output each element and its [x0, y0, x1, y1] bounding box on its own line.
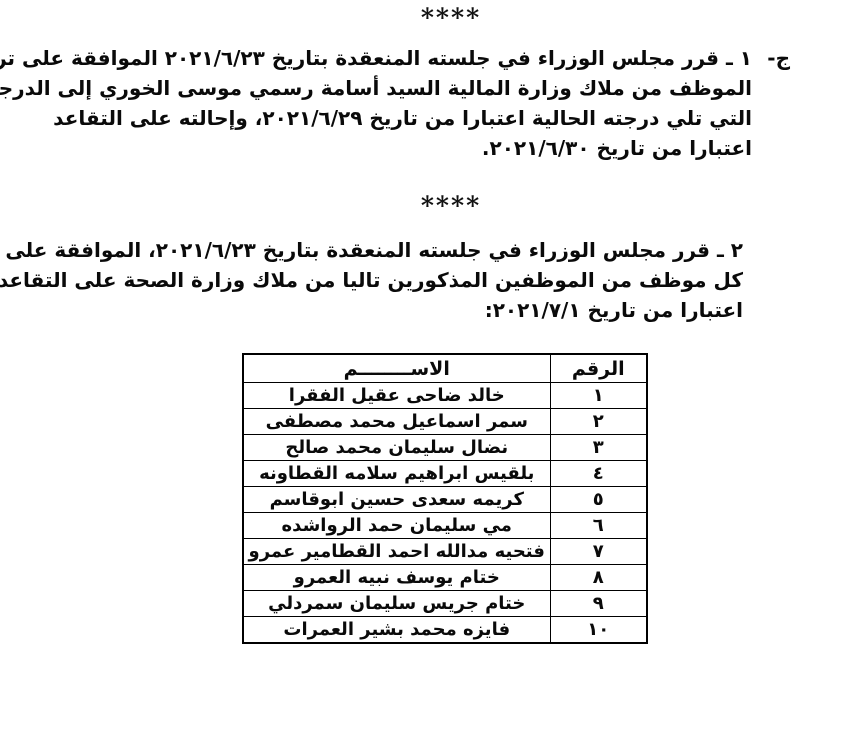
table-row: ٣ نضال سليمان محمد صالح [243, 435, 647, 461]
decision-paragraph-1-text: ١ ـ قرر مجلس الوزراء في جلسته المنعقدة ب… [92, 43, 752, 163]
retired-employees-table: الرقم الاســــــــم ١ خالد ضاحى عقيل الف… [242, 353, 648, 644]
paragraph-line: اعتبارا من تاريخ ٢٠٢١/٦/٣٠. [92, 133, 752, 163]
section-separator-stars: **** [26, 5, 850, 31]
row-number-cell: ٦ [550, 513, 647, 539]
row-name-cell: ختام جريس سليمان سمردلي [243, 591, 550, 617]
table-row: ٧ فتحيه مدالله احمد القطامير عمرو [243, 539, 647, 565]
table-row: ٢ سمر اسماعيل محمد مصطفى [243, 409, 647, 435]
row-number-cell: ٨ [550, 565, 647, 591]
section-separator-stars: **** [26, 193, 850, 219]
gazette-document-page: **** ج- ١ ـ قرر مجلس الوزراء في جلسته ال… [0, 0, 850, 746]
paragraph-line: التي تلي درجته الحالية اعتبارا من تاريخ … [92, 103, 752, 133]
table-row: ٦ مي سليمان حمد الرواشده [243, 513, 647, 539]
row-name-cell: فايزه محمد بشير العمرات [243, 617, 550, 644]
row-number-cell: ٣ [550, 435, 647, 461]
row-number-cell: ١ [550, 383, 647, 409]
table-row: ٨ ختام يوسف نبيه العمرو [243, 565, 647, 591]
row-name-cell: كريمه سعدى حسين ابوقاسم [243, 487, 550, 513]
row-number-cell: ٤ [550, 461, 647, 487]
table-row: ٥ كريمه سعدى حسين ابوقاسم [243, 487, 647, 513]
row-number-cell: ٩ [550, 591, 647, 617]
row-number-cell: ١٠ [550, 617, 647, 644]
paragraph-line: الموظف من ملاك وزارة المالية السيد أسامة… [92, 73, 752, 103]
table-header-row: الرقم الاســــــــم [243, 354, 647, 383]
row-name-cell: بلقيس ابراهيم سلامه القطاونه [243, 461, 550, 487]
paragraph-line: اعتبارا من تاريخ ٢٠٢١/٧/١: [95, 295, 743, 325]
row-number-cell: ٢ [550, 409, 647, 435]
decision-paragraph-1: ج- ١ ـ قرر مجلس الوزراء في جلسته المنعقد… [0, 43, 850, 163]
row-name-cell: فتحيه مدالله احمد القطامير عمرو [243, 539, 550, 565]
row-name-cell: نضال سليمان محمد صالح [243, 435, 550, 461]
section-letter-marker: ج- [752, 43, 790, 163]
column-header-number: الرقم [550, 354, 647, 383]
row-number-cell: ٥ [550, 487, 647, 513]
row-name-cell: ختام يوسف نبيه العمرو [243, 565, 550, 591]
table-row: ١٠ فايزه محمد بشير العمرات [243, 617, 647, 644]
paragraph-line: كل موظف من الموظفين المذكورين تاليا من م… [95, 265, 743, 295]
decision-paragraph-2: ٢ ـ قرر مجلس الوزراء في جلسته المنعقدة ب… [0, 235, 850, 325]
row-name-cell: مي سليمان حمد الرواشده [243, 513, 550, 539]
row-name-cell: سمر اسماعيل محمد مصطفى [243, 409, 550, 435]
row-number-cell: ٧ [550, 539, 647, 565]
table-row: ١ خالد ضاحى عقيل الفقرا [243, 383, 647, 409]
column-header-name: الاســــــــم [243, 354, 550, 383]
paragraph-line: ١ ـ قرر مجلس الوزراء في جلسته المنعقدة ب… [92, 43, 752, 73]
paragraph-line: ٢ ـ قرر مجلس الوزراء في جلسته المنعقدة ب… [95, 235, 743, 265]
table-row: ٤ بلقيس ابراهيم سلامه القطاونه [243, 461, 647, 487]
row-name-cell: خالد ضاحى عقيل الفقرا [243, 383, 550, 409]
table-row: ٩ ختام جريس سليمان سمردلي [243, 591, 647, 617]
